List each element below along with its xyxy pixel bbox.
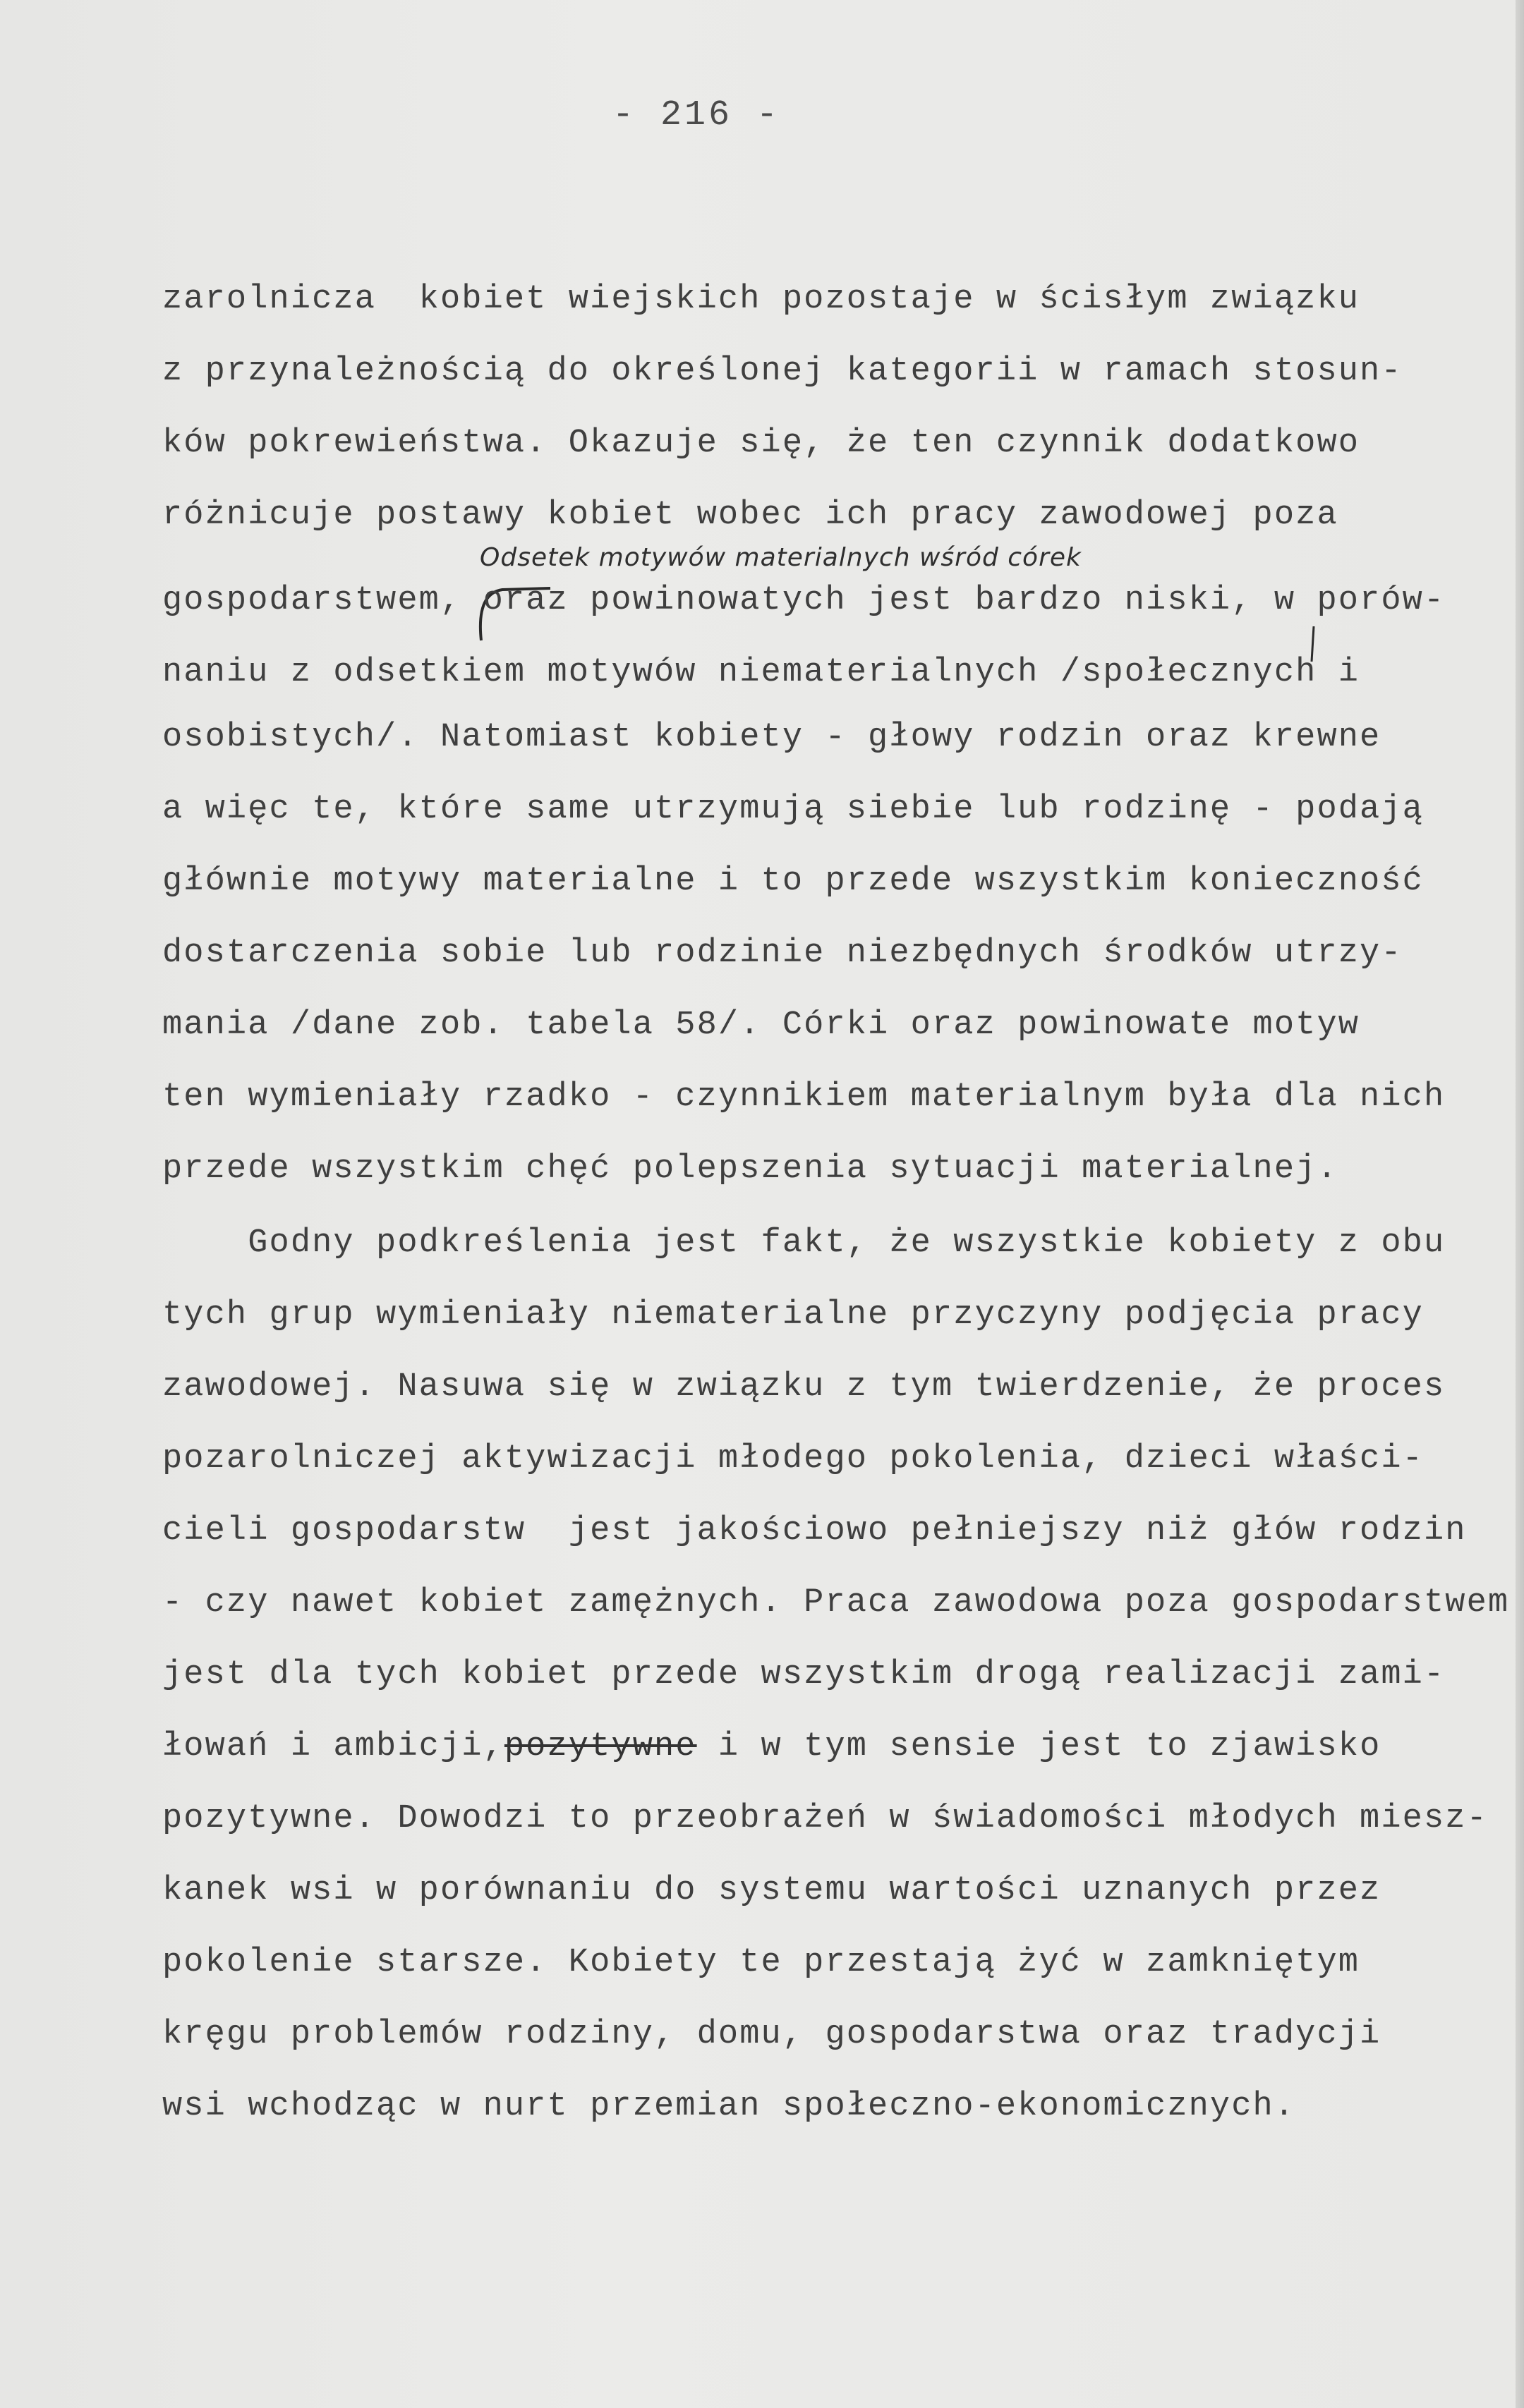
text-line: jest dla tych kobiet przede wszystkim dr… (162, 1654, 1445, 1696)
text-line: głównie motywy materialne i to przede ws… (162, 861, 1424, 903)
text-line: kręgu problemów rodziny, domu, gospodars… (162, 2014, 1381, 2056)
text-line: różnicuje postawy kobiet wobec ich pracy… (162, 494, 1338, 537)
text-line: łowań i ambicji,pozytywne i w tym sensie… (162, 1726, 1381, 1768)
text-line: pozytywne. Dowodzi to przeobrażeń w świa… (162, 1798, 1488, 1840)
text-line: przede wszystkim chęć polepszenia sytuac… (162, 1148, 1338, 1191)
text-line: tych grup wymieniały niematerialne przyc… (162, 1294, 1424, 1337)
text-line: - czy nawet kobiet zamężnych. Praca zawo… (162, 1582, 1509, 1624)
text-line: z przynależnością do określonej kategori… (162, 351, 1403, 393)
text-line: kanek wsi w porównaniu do systemu wartoś… (162, 1870, 1381, 1912)
struck-word: pozytywne (504, 1728, 697, 1765)
handwritten-annotation: Odsetek motywów materialnych wśród córek (480, 543, 1082, 572)
text-line: naniu z odsetkiem motywów niematerialnyc… (162, 652, 1360, 694)
text-line: dostarczenia sobie lub rodzinie niezbędn… (162, 932, 1403, 975)
text-line: wsi wchodząc w nurt przemian społeczno-e… (162, 2086, 1295, 2128)
text-fragment: łowań i ambicji, (162, 1728, 504, 1765)
text-line: zawodowej. Nasuwa się w związku z tym tw… (162, 1366, 1445, 1409)
text-line: cieli gospodarstw jest jakościowo pełnie… (162, 1510, 1467, 1552)
text-line: pokolenie starsze. Kobiety te przestają … (162, 1942, 1360, 1984)
text-line: pozarolniczej aktywizacji młodego pokole… (162, 1438, 1424, 1480)
text-line: gospodarstwem, oraz powinowatych jest ba… (162, 580, 1445, 622)
text-line: mania /dane zob. tabela 58/. Córki oraz … (162, 1004, 1360, 1047)
document-page: - 216 - Odsetek motywów materialnych wśr… (0, 0, 1516, 2408)
text-line: Godny podkreślenia jest fakt, że wszystk… (162, 1222, 1445, 1265)
text-line: ków pokrewieństwa. Okazuje się, że ten c… (162, 422, 1360, 465)
text-fragment: i w tym sensie jest to zjawisko (697, 1728, 1381, 1765)
page-number: - 216 - (612, 95, 780, 135)
text-line: osobistych/. Natomiast kobiety - głowy r… (162, 717, 1381, 759)
page-edge (1516, 0, 1524, 2408)
text-line: a więc te, które same utrzymują siebie l… (162, 789, 1424, 831)
text-line: zarolnicza kobiet wiejskich pozostaje w … (162, 279, 1360, 321)
text-line: ten wymieniały rzadko - czynnikiem mater… (162, 1076, 1445, 1119)
